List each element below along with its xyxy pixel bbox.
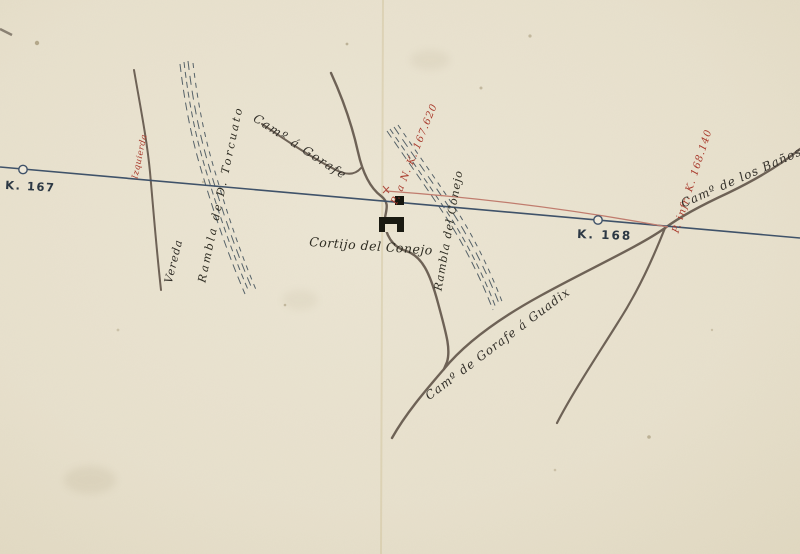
cortijo-building <box>379 217 404 232</box>
km-post-167-label: K. 167 <box>5 178 56 195</box>
km-post-168-marker <box>594 216 602 224</box>
scanned-map: K. 167 K. 168 Vereda Rambla de D. Torcua… <box>0 0 800 554</box>
paper-grain <box>0 0 800 554</box>
km-post-167-marker <box>19 165 27 173</box>
km-post-168-label: K. 168 <box>577 227 633 243</box>
map-drawing: K. 167 K. 168 Vereda Rambla de D. Torcua… <box>0 0 800 554</box>
